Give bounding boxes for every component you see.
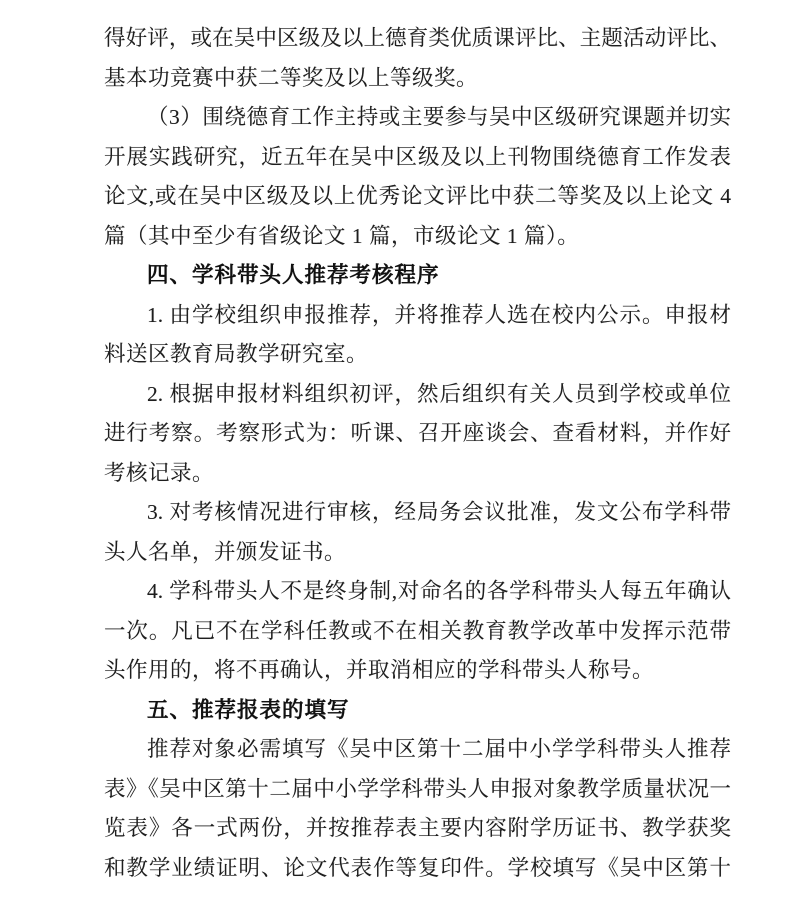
text-line: 表》《吴中区第十二届中小学学科带头人申报对象教学质量状况一 bbox=[104, 770, 731, 810]
text-line: 览表》各一式两份，并按推荐表主要内容附学历证书、教学获奖 bbox=[104, 809, 731, 849]
text-line: 得好评，或在吴中区级及以上德育类优质课评比、主题活动评比、 bbox=[104, 19, 731, 59]
text-line: 料送区教育局教学研究室。 bbox=[104, 335, 731, 375]
text-line: 考核记录。 bbox=[104, 454, 731, 494]
text-line: 基本功竞赛中获二等奖及以上等级奖。 bbox=[104, 59, 731, 99]
text-line: 论文,或在吴中区级及以上优秀论文评比中获二等奖及以上论文 4 bbox=[104, 177, 731, 217]
text-line: 篇（其中至少有省级论文 1 篇，市级论文 1 篇）。 bbox=[104, 217, 731, 257]
text-line: 1. 由学校组织申报推荐，并将推荐人选在校内公示。申报材 bbox=[104, 296, 731, 336]
text-line: 头作用的，将不再确认，并取消相应的学科带头人称号。 bbox=[104, 651, 731, 691]
text-line: （3）围绕德育工作主持或主要参与吴中区级研究课题并切实 bbox=[104, 98, 731, 138]
text-line: 开展实践研究，近五年在吴中区级及以上刊物围绕德育工作发表 bbox=[104, 138, 731, 178]
text-line: 和教学业绩证明、论文代表作等复印件。学校填写《吴中区第十 bbox=[104, 849, 731, 889]
document-page: 得好评，或在吴中区级及以上德育类优质课评比、主题活动评比、 基本功竞赛中获二等奖… bbox=[0, 0, 800, 901]
text-line: 3. 对考核情况进行审核，经局务会议批准，发文公布学科带 bbox=[104, 493, 731, 533]
text-line: 头人名单，并颁发证书。 bbox=[104, 533, 731, 573]
section-heading-4: 四、学科带头人推荐考核程序 bbox=[104, 256, 731, 296]
text-line: 推荐对象必需填写《吴中区第十二届中小学学科带头人推荐 bbox=[104, 730, 731, 770]
text-line: 2. 根据申报材料组织初评，然后组织有关人员到学校或单位 bbox=[104, 375, 731, 415]
section-heading-5: 五、推荐报表的填写 bbox=[104, 691, 731, 731]
text-line: 一次。凡已不在学科任教或不在相关教育教学改革中发挥示范带 bbox=[104, 612, 731, 652]
text-line: 4. 学科带头人不是终身制,对命名的各学科带头人每五年确认 bbox=[104, 572, 731, 612]
text-line: 进行考察。考察形式为：听课、召开座谈会、查看材料，并作好 bbox=[104, 414, 731, 454]
